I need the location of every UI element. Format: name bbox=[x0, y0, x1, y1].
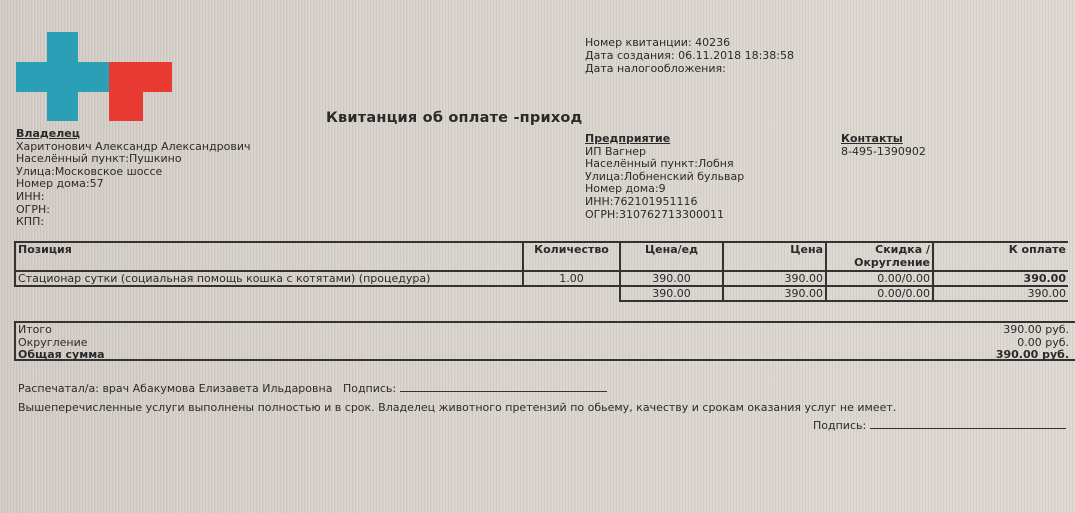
owner-block: Владелец Харитонович Александр Александр… bbox=[16, 128, 251, 229]
table-row: Стационар сутки (социальная помощь кошка… bbox=[15, 271, 1068, 286]
summary-price: 390.00 bbox=[723, 286, 826, 301]
contacts-heading: Контакты bbox=[841, 133, 926, 146]
summary-discount: 0.00/0.00 bbox=[826, 286, 933, 301]
col-header-price: Цена bbox=[723, 242, 826, 271]
tax-date: Дата налогообложения: bbox=[585, 62, 794, 75]
created-date-value: 06.11.2018 18:38:58 bbox=[678, 49, 794, 62]
subtotal-value: 390.00 руб. bbox=[1003, 324, 1069, 337]
printed-by: Распечатал/а: врач Абакумова Елизавета И… bbox=[18, 382, 332, 395]
document-title: Квитанция об оплате -приход bbox=[326, 110, 582, 126]
printed-by-line: Распечатал/а: врач Абакумова Елизавета И… bbox=[18, 381, 607, 395]
contacts-block: Контакты 8-495-1390902 bbox=[841, 133, 926, 158]
owner-heading: Владелец bbox=[16, 128, 251, 141]
contacts-phone: 8-495-1390902 bbox=[841, 146, 926, 159]
signature-label: Подпись: bbox=[343, 382, 396, 395]
receipt-number-label: Номер квитанции: bbox=[585, 36, 692, 49]
summary-blank bbox=[15, 286, 523, 301]
col-header-to-pay: К оплате bbox=[933, 242, 1068, 271]
summary-to-pay: 390.00 bbox=[933, 286, 1068, 301]
totals-block: Итого 390.00 руб. Округление 0.00 руб. О… bbox=[14, 321, 1075, 361]
owner-kpp: КПП: bbox=[16, 216, 251, 229]
total-label: Общая сумма bbox=[18, 349, 105, 362]
receipt-number: Номер квитанции: 40236 bbox=[585, 36, 794, 49]
subtotal-label: Итого bbox=[18, 324, 52, 337]
owner-inn: ИНН: bbox=[16, 191, 251, 204]
col-header-position: Позиция bbox=[15, 242, 523, 271]
owner-locality: Населённый пункт:Пушкино bbox=[16, 153, 251, 166]
cell-quantity: 1.00 bbox=[523, 271, 620, 286]
cell-discount: 0.00/0.00 bbox=[826, 271, 933, 286]
owner-signature-blank bbox=[870, 418, 1066, 429]
items-table: Позиция Количество Цена/ед Цена Скидка /… bbox=[14, 241, 1068, 302]
cell-to-pay: 390.00 bbox=[933, 271, 1068, 286]
table-summary-row: 390.00 390.00 0.00/0.00 390.00 bbox=[15, 286, 1068, 301]
owner-signature-label: Подпись: bbox=[813, 419, 866, 432]
cell-unit-price: 390.00 bbox=[620, 271, 723, 286]
summary-blank bbox=[523, 286, 620, 301]
col-header-quantity: Количество bbox=[523, 242, 620, 271]
created-date: Дата создания: 06.11.2018 18:38:58 bbox=[585, 49, 794, 62]
owner-ogrn: ОГРН: bbox=[16, 204, 251, 217]
logo-blue-cross-horizontal bbox=[16, 62, 109, 92]
receipt-number-value: 40236 bbox=[695, 36, 730, 49]
total-value: 390.00 руб. bbox=[996, 349, 1069, 362]
created-date-label: Дата создания: bbox=[585, 49, 675, 62]
company-heading: Предприятие bbox=[585, 133, 744, 146]
company-locality: Населённый пункт:Лобня bbox=[585, 158, 744, 171]
receipt-meta: Номер квитанции: 40236 Дата создания: 06… bbox=[585, 36, 794, 75]
service-note: Вышеперечисленные услуги выполнены полно… bbox=[18, 401, 896, 414]
col-header-discount: Скидка / Округление bbox=[826, 242, 933, 271]
company-ogrn: ОГРН:310762713300011 bbox=[585, 209, 744, 222]
owner-signature-line: Подпись: bbox=[813, 418, 1066, 432]
cell-position: Стационар сутки (социальная помощь кошка… bbox=[15, 271, 523, 286]
col-header-unit-price: Цена/ед bbox=[620, 242, 723, 271]
signature-line bbox=[400, 381, 607, 392]
company-block: Предприятие ИП Вагнер Населённый пункт:Л… bbox=[585, 133, 744, 221]
tax-date-label: Дата налогообложения: bbox=[585, 62, 726, 75]
owner-house: Номер дома:57 bbox=[16, 178, 251, 191]
company-inn: ИНН:762101951116 bbox=[585, 196, 744, 209]
summary-unit-price: 390.00 bbox=[620, 286, 723, 301]
table-header-row: Позиция Количество Цена/ед Цена Скидка /… bbox=[15, 242, 1068, 271]
cell-price: 390.00 bbox=[723, 271, 826, 286]
logo-red-bar-vertical bbox=[109, 62, 143, 121]
